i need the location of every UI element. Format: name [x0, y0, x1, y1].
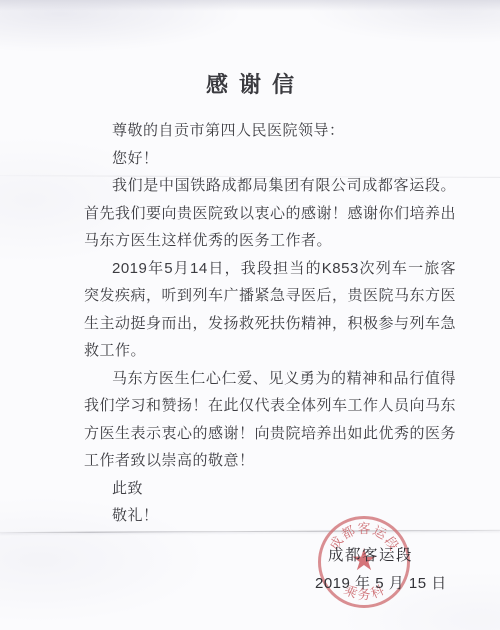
letter-paragraph: 马东方医生仁心仁爱、见义勇为的精神和品行值得我们学习和赞扬！在此仅代表全体列车工… — [84, 365, 456, 475]
letter-title: 感谢信 — [0, 68, 500, 99]
letter-greeting: 尊敬的自贡市第四人民医院领导： — [84, 117, 456, 145]
signature-unit: 成都客运段 — [328, 543, 413, 565]
letter-closing-salute: 敬礼！ — [84, 502, 456, 530]
letter-closing: 此致 — [84, 475, 456, 503]
letter-body: 尊敬的自贡市第四人民医院领导： 您好！ 我们是中国铁路成都局集团有限公司成都客运… — [84, 117, 456, 530]
letter-salutation: 您好！ — [84, 145, 456, 173]
letter-paragraph: 2019年5月14日，我段担当的K853次列车一旅客突发疾病，听到列车广播紧急寻… — [84, 255, 456, 365]
letter-paragraph: 我们是中国铁路成都局集团有限公司成都客运段。首先我们要向贵医院致以衷心的感谢！感… — [84, 172, 456, 255]
signature-date: 2019 年 5 月 15 日 — [315, 572, 447, 593]
paper-crease-mid — [0, 530, 500, 533]
seal-arc-char: 客 — [357, 522, 371, 536]
letter-page: 感谢信 尊敬的自贡市第四人民医院领导： 您好！ 我们是中国铁路成都局集团有限公司… — [0, 0, 500, 630]
